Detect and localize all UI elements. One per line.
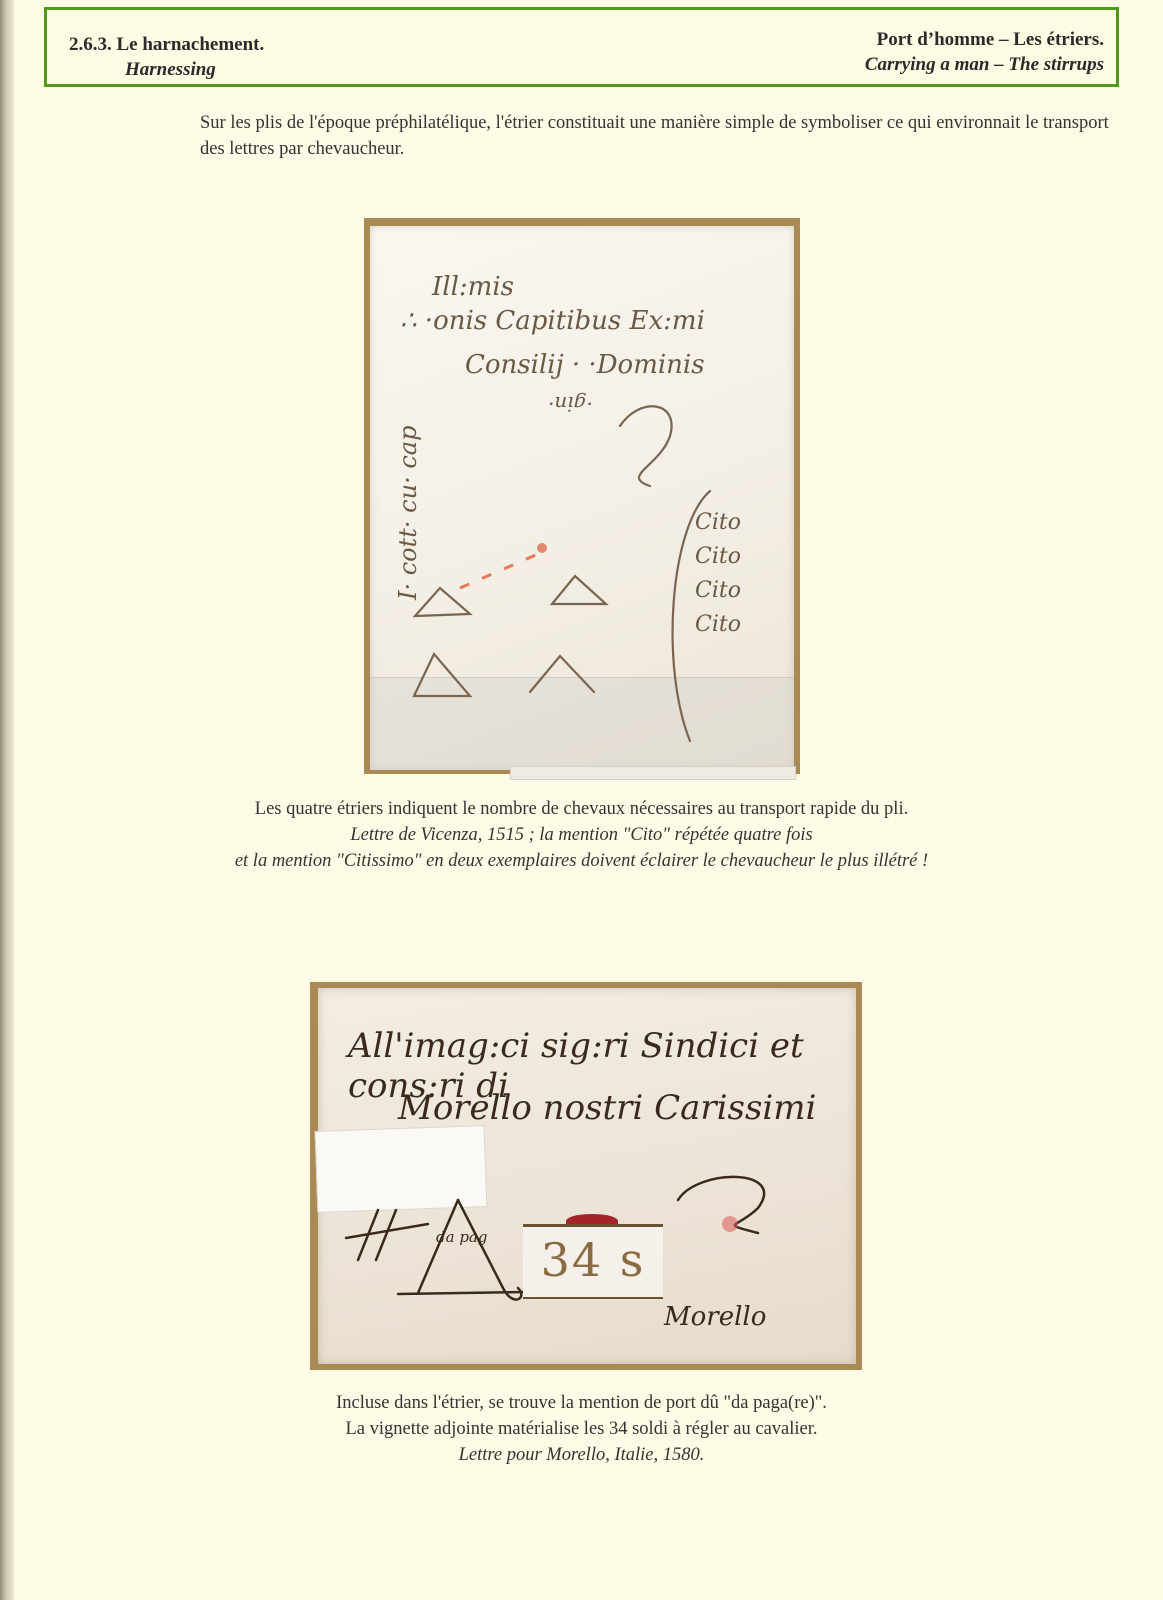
- postage-vignette: 34 s: [523, 1224, 663, 1299]
- vignette-value: 34 s: [523, 1233, 663, 1287]
- letter-2-image: All'imag:ci sig:ri Sindici et cons:ri di…: [318, 988, 856, 1364]
- caption-line: Les quatre étriers indiquent le nombre d…: [0, 796, 1163, 822]
- stirrup-mark-icon: [318, 988, 856, 1364]
- da-paga-mark: da pag: [436, 1228, 487, 1246]
- cito-mark: Cito: [695, 540, 741, 574]
- page-header: 2.6.3. Le harnachement. Harnessing Port …: [44, 7, 1119, 87]
- caption-line: et la mention "Citissimo" en deux exempl…: [0, 848, 1163, 874]
- cito-mark: Cito: [695, 506, 741, 540]
- caption-line: Lettre pour Morello, Italie, 1580.: [0, 1442, 1163, 1468]
- cito-mark: Cito: [695, 574, 741, 608]
- section-number: 2.6.3.: [69, 34, 112, 55]
- topic-title-en: Carrying a man – The stirrups: [865, 52, 1104, 77]
- caption-line: La vignette adjointe matérialise les 34 …: [0, 1416, 1163, 1442]
- letter-1-image: Ill:mis ∴ ·onis Capitibus Ex:mi Consilij…: [370, 226, 794, 770]
- caption-letter-1: Les quatre étriers indiquent le nombre d…: [0, 796, 1163, 874]
- section-title-en: Harnessing: [69, 57, 264, 82]
- caption-line: Incluse dans l'étrier, se trouve la ment…: [0, 1390, 1163, 1416]
- stirrup-marks-icon: [370, 226, 794, 770]
- destination-morello: Morello: [664, 1302, 766, 1332]
- section-title: 2.6.3. Le harnachement. Harnessing: [69, 32, 264, 82]
- topic-title-fr: Port d’homme – Les étriers.: [865, 27, 1104, 52]
- caption-letter-2: Incluse dans l'étrier, se trouve la ment…: [0, 1390, 1163, 1468]
- caption-line: Lettre de Vicenza, 1515 ; la mention "Ci…: [0, 822, 1163, 848]
- section-title-fr: Le harnachement.: [117, 34, 265, 55]
- intro-paragraph: Sur les plis de l'époque préphilatélique…: [200, 110, 1110, 162]
- red-wax-spot: [722, 1216, 738, 1232]
- cito-mark: Cito: [695, 608, 741, 642]
- topic-title: Port d’homme – Les étriers. Carrying a m…: [865, 27, 1104, 77]
- cito-marks: Cito Cito Cito Cito: [695, 506, 741, 642]
